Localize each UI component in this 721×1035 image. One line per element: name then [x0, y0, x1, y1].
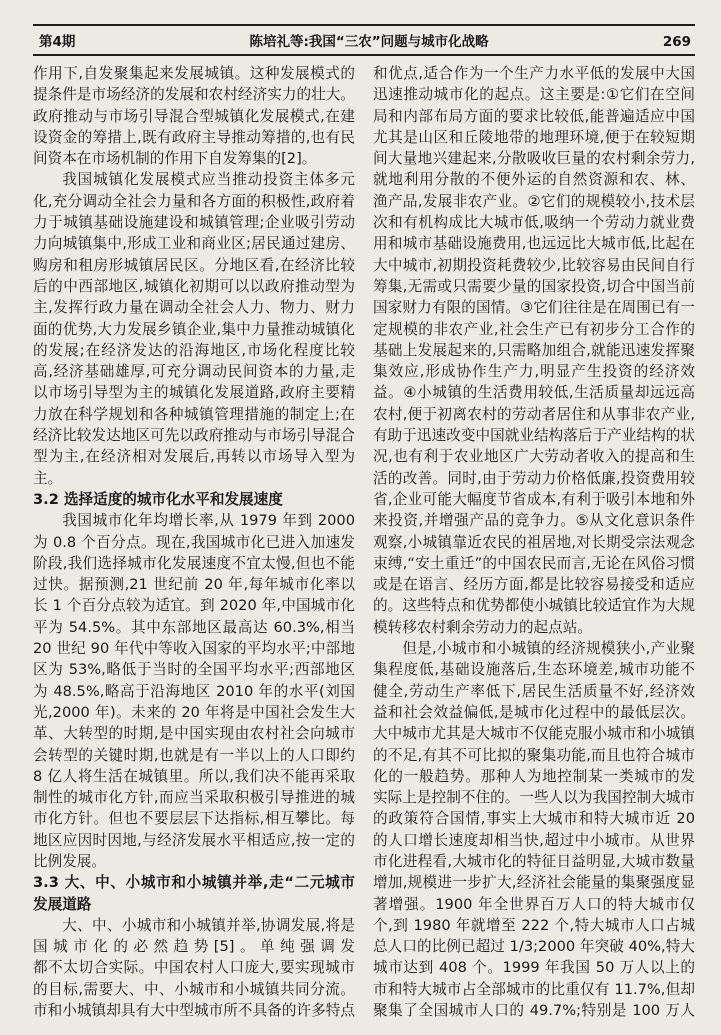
text-line: 益。④小城镇的生活费用较低,生活质量却远远高于	[373, 382, 695, 403]
text-line: 我国城镇化发展模式应当推动投资主体多元	[33, 169, 355, 190]
text-line: 作用下,自发聚集起来发展城镇。这种发展模式的前	[33, 63, 355, 84]
text-line: 高,经济基础雄厚,可充分调动民间资本的力量,走	[33, 361, 355, 382]
text-line: 提条件是市场经济的发展和农村经济实力的壮大。	[33, 84, 355, 105]
page-number: 269	[663, 34, 691, 50]
journal-issue: 第4期	[39, 30, 75, 50]
text-line: 力于城镇基础设施建设和城镇管理;企业吸引劳动	[33, 212, 355, 233]
section-heading-line: 发展道路	[33, 894, 355, 915]
text-line: 个,到 1980 年就增至 222 个,特大城市人口占城市	[373, 915, 695, 936]
text-line: 集程度低,基础设施落后,生态环境差,城市功能不	[373, 659, 695, 680]
text-line: 后的中西部地区,城镇化初期可以以政府推动型为	[33, 276, 355, 297]
text-line: 的不足,有其不可比拟的聚集功能,而且也符合城市	[373, 745, 695, 766]
text-line: 有助于迅速改变中国就业结构落后于产业结构的状	[373, 425, 695, 446]
text-line: 化,充分调动全社会力量和各方面的积极性,政府着	[33, 191, 355, 212]
text-line: 制性的城市化方针,而应当采取积极引导推进的城	[33, 787, 355, 808]
text-line: 为 0.8 个百分点。现在,我国城市化已进入加速发展	[33, 532, 355, 553]
text-line: 省,企业可能大幅度节省成本,有利于吸引本地和外	[373, 489, 695, 510]
text-line: 尤其是山区和丘陵地带的地理环境,便于在较短期	[373, 127, 695, 148]
text-line: 力向城镇集中,形成工业和商业区;居民通过建房、	[33, 233, 355, 254]
text-line: 的发展;在经济发达的沿海地区,市场化程度比较	[33, 340, 355, 361]
text-line: 区为 53%,略低于当时的全国平均水平;西部地区	[33, 659, 355, 680]
text-line: 经济比较发达地区可先以政府推动与市场引导混合	[33, 425, 355, 446]
text-line: 定规模的非农产业,社会生产已有初步分工合作的	[373, 319, 695, 340]
text-line: 束缚,“安土重迁”的中国农民而言,无论在风俗习惯	[373, 553, 695, 574]
text-line: 模转移农村剩余劳动力的起点站。	[373, 617, 695, 638]
text-line: 长 1 个百分点较为适宜。到 2020 年,中国城市化水	[33, 595, 355, 616]
text-line: 聚集了全国城市人口的 49.7%;特别是 100 万人口	[373, 1000, 695, 1021]
text-line: 光,2000 年)。未来的 20 年将是中国社会发生大变	[33, 702, 355, 723]
text-line: 地区应因时因地,与经济发展水平相适应,按一定的	[33, 830, 355, 851]
text-line: 活的改善。同时,由于劳动力价格低廉,投资费用较	[373, 468, 695, 489]
text-line: 会转型的关键时期,也就是有一半以上的人口即约	[33, 745, 355, 766]
text-line: 市化方针。但也不要层层下达指标,相互攀比。每个	[33, 808, 355, 829]
text-line: 国城市化的必然趋势[5]。单纯强调发展“大”或“小”	[33, 936, 355, 957]
text-line: 主。	[33, 468, 355, 489]
running-title: 陈培礼等:我国“三农”问题与城市化战略	[75, 30, 662, 50]
text-line: 主,发挥行政力量在调动全社会人力、物力、财力方	[33, 297, 355, 318]
text-line: 市和特大城市占全部城市的比重仅有 11.7%,但却	[373, 979, 695, 1000]
text-line: 的政策符合国情,事实上大城市和特大城市近 20 年	[373, 808, 695, 829]
text-line: 健全,劳动生产率低下,居民生活质量不好,经济效	[373, 681, 695, 702]
text-line: 为 48.5%,略高于沿海地区 2010 年的水平(刘国	[33, 681, 355, 702]
text-line: 实际上是控制不住的。一些人以为我国控制大城市	[373, 787, 695, 808]
text-line: 比例发展。	[33, 851, 355, 872]
text-line: 市化进程看,大城市化的特征日益明显,大城市数量	[373, 851, 695, 872]
two-column-body: 作用下,自发聚集起来发展城镇。这种发展模式的前提条件是市场经济的发展和农村经济实…	[33, 63, 695, 1021]
text-line: 我国城市化年均增长率,从 1979 年到 2000 年	[33, 510, 355, 531]
text-line: 8 亿人将生活在城镇里。所以,我们决不能再采取抑	[33, 766, 355, 787]
scanned-paper-page: 第4期 陈培礼等:我国“三农”问题与城市化战略 269 作用下,自发聚集起来发展…	[0, 0, 721, 1035]
right-column: 和优点,适合作为一个生产力水平低的发展中大国迅速推动城市化的起点。这主要是:①它…	[373, 63, 695, 1021]
running-head: 第4期 陈培礼等:我国“三农”问题与城市化战略 269	[33, 26, 695, 54]
section-heading-line: 3.2 选择适度的城市化水平和发展速度	[33, 489, 355, 510]
text-line: 型为主,在经济相对发展后,再转以市场导入型为	[33, 446, 355, 467]
text-line: 城市达到 408 个。1999 年我国 50 万人以上的大城	[373, 957, 695, 978]
text-line: 和优点,适合作为一个生产力水平低的发展中大国	[373, 63, 695, 84]
text-line: 阶段,我们选择城市化发展速度不宜太慢,但也不能	[33, 553, 355, 574]
text-line: 著增强。1900 年全世界百万人口的特大城市仅 13	[373, 894, 695, 915]
text-line: 的人口增长速度却相当快,超过中小城市。从世界城	[373, 830, 695, 851]
text-line: 总人口的比例已超过 1/3;2000 年突破 40%,特大	[373, 936, 695, 957]
text-line: 来投资,并增强产品的竞争力。⑤从文化意识条件来	[373, 510, 695, 531]
text-line: 益和社会效益偏低,是城市化过程中的最低层次。而	[373, 702, 695, 723]
text-line: 大、中、小城市和小城镇并举,协调发展,将是中	[33, 915, 355, 936]
text-line: 次和有机构成比大城市低,吸纳一个劳动力就业费	[373, 212, 695, 233]
text-line: 筹集,无需或只需要少量的国家投资,切合中国当前	[373, 276, 695, 297]
text-line: 政府推动与市场引导混合型城镇化发展模式,在建	[33, 106, 355, 127]
text-line: 农村,便于初离农村的劳动者居住和从事非农产业,	[373, 404, 695, 425]
text-line: 20 世纪 90 年代中等收入国家的平均水平;中部地	[33, 638, 355, 659]
text-line: 大中城市尤其是大城市不仅能克服小城市和小城镇	[373, 723, 695, 744]
text-line: 平为 54.5%。其中东部地区最高达 60.3%,相当于	[33, 617, 355, 638]
text-line: 以市场引导型为主的城镇化发展道路,政府主要精	[33, 382, 355, 403]
text-line: 都不太切合实际。中国农村人口庞大,要实现城市化	[33, 957, 355, 978]
header-bottom-rule	[33, 54, 695, 56]
text-line: 观察,小城镇靠近农民的祖居地,对长期受宗法观念	[373, 532, 695, 553]
text-line: 但是,小城市和小城镇的经济规模狭小,产业聚	[373, 638, 695, 659]
text-line: 大中城市,初期投资耗费较少,比较容易由民间自行	[373, 255, 695, 276]
text-line: 过快。据预测,21 世纪前 20 年,每年城市化率以增	[33, 574, 355, 595]
text-line: 用和城市基础设施费用,也远远比大城市低,比起在	[373, 233, 695, 254]
text-line: 局和内部布局方面的要求比较低,能普遍适应中国	[373, 106, 695, 127]
text-line: 间大量地兴建起来,分散吸收巨量的农村剩余劳力,	[373, 148, 695, 169]
left-column: 作用下,自发聚集起来发展城镇。这种发展模式的前提条件是市场经济的发展和农村经济实…	[33, 63, 355, 1021]
text-line: 迅速推动城市化的起点。这主要是:①它们在空间布	[373, 84, 695, 105]
text-line: 革、大转型的时期,是中国实现由农村社会向城市社	[33, 723, 355, 744]
text-line: 国家财力有限的国情。③它们往往是在周围已有一	[373, 297, 695, 318]
text-line: 就地利用分散的不便外运的自然资源和农、林、牧、	[373, 169, 695, 190]
text-line: 面的优势,大力发展乡镇企业,集中力量推动城镇化	[33, 319, 355, 340]
text-line: 的目标,需要大、中、小城市和小城镇共同分流。小城	[33, 979, 355, 1000]
section-heading-line: 3.3 大、中、小城市和小城镇并举,走“二元城市化”	[33, 872, 355, 893]
text-line: 渔产品,发展非农产业。②它们的规模较小,技术层	[373, 191, 695, 212]
text-line: 集效应,形成协作生产力,明显产生投资的经济效	[373, 361, 695, 382]
text-line: 基础上发展起来的,只需略加组合,就能迅速发挥聚	[373, 340, 695, 361]
text-line: 设资金的筹措上,既有政府主导推动筹措的,也有民	[33, 127, 355, 148]
text-line: 的。这些特点和优势都使小城镇比较适宜作为大规	[373, 595, 695, 616]
text-line: 增加,规模进一步扩大,经济社会能量的集聚强度显	[373, 872, 695, 893]
text-line: 市和小城镇却具有大中型城市所不具备的许多特点	[33, 1000, 355, 1021]
text-line: 间资本在市场机制的作用下自发筹集的[2]。	[33, 148, 355, 169]
text-line: 或是在语言、经历方面,都是比较容易接受和适应	[373, 574, 695, 595]
text-line: 化的一般趋势。那种人为地控制某一类城市的发展,	[373, 766, 695, 787]
text-line: 力放在科学规划和各种城镇管理措施的制定上;在	[33, 404, 355, 425]
text-line: 购房和租房形城镇居民区。分地区看,在经济比较落	[33, 255, 355, 276]
text-line: 况,也有利于农业地区广大劳动者收入的提高和生	[373, 446, 695, 467]
